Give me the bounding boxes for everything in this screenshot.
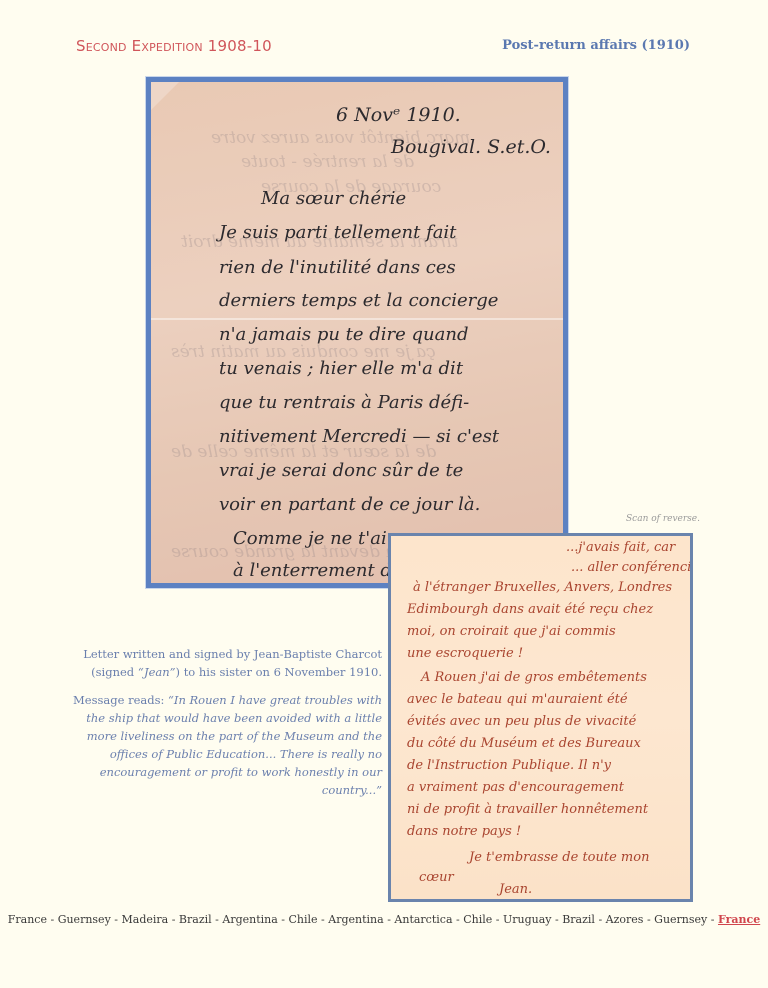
section-title: Second Expedition 1908-10 bbox=[76, 37, 272, 55]
letter-intro: Letter written and signed by Jean-Baptis… bbox=[70, 645, 382, 681]
letter-line: de l'Instruction Publique. Il n'y bbox=[407, 758, 611, 773]
letter-line: moi, on croirait que j'ai commis bbox=[407, 624, 616, 639]
route-stop: Antarctica - bbox=[394, 913, 463, 926]
letter-description: Letter written and signed by Jean-Baptis… bbox=[70, 645, 382, 809]
route-stop: Argentina - bbox=[222, 913, 288, 926]
message-label: Message reads: bbox=[73, 693, 168, 707]
letter-line: ni de profit à travailler honnêtement bbox=[407, 802, 648, 817]
route-stop: Argentina - bbox=[328, 913, 394, 926]
letter-line: à l'étranger Bruxelles, Anvers, Londres bbox=[413, 580, 672, 595]
letter-line: a vraiment pas d'encouragement bbox=[407, 780, 624, 795]
route-stop: Brazil - bbox=[179, 913, 222, 926]
letter-front-scan: marc bientôt vous aurez votre de la rent… bbox=[146, 77, 568, 588]
letter-line: Je suis parti tellement fait bbox=[219, 222, 456, 243]
letter-line: n'a jamais pu te dire quand bbox=[219, 324, 469, 345]
letter-line: Je t'embrasse de toute mon bbox=[469, 850, 649, 865]
letter-line: A Rouen j'ai de gros embêtements bbox=[421, 670, 647, 685]
letter-line: rien de l'inutilité dans ces bbox=[219, 257, 456, 278]
route-stop: Chile - bbox=[289, 913, 329, 926]
letter-line: une escroquerie ! bbox=[407, 646, 523, 661]
bleed-through-text: de la rentrée - toute bbox=[241, 152, 414, 172]
letter-line: cœur bbox=[419, 870, 454, 885]
route-stop: France - bbox=[8, 913, 58, 926]
route-stop: Guernsey - bbox=[58, 913, 122, 926]
letter-line: derniers temps et la concierge bbox=[219, 290, 498, 311]
letter-line: évités avec un peu plus de vivacité bbox=[407, 714, 636, 729]
letter-line: ... aller conférencier bbox=[571, 560, 693, 575]
route-stop: Brazil - bbox=[562, 913, 605, 926]
letter-line: Ma sœur chérie bbox=[261, 188, 406, 209]
letter-back-scan: ...j'avais fait, car ... aller conférenc… bbox=[388, 533, 693, 902]
letter-signature: Jean. bbox=[499, 882, 532, 897]
letter-line: nitivement Mercredi — si c'est bbox=[219, 426, 499, 447]
expedition-route: France - Guernsey - Madeira - Brazil - A… bbox=[0, 913, 768, 926]
letter-line: vrai je serai donc sûr de te bbox=[219, 460, 463, 481]
letter-message: Message reads: “In Rouen I have great tr… bbox=[70, 691, 382, 799]
message-quote: “In Rouen I have great troubles with the… bbox=[86, 693, 382, 797]
signed-name: “Jean” bbox=[138, 665, 176, 679]
route-stop: Uruguay - bbox=[503, 913, 562, 926]
letter-place: Bougival. S.et.O. bbox=[391, 136, 551, 158]
paper-corner bbox=[151, 82, 179, 110]
route-stops: France - Guernsey - Madeira - Brazil - A… bbox=[8, 913, 718, 926]
route-stop: Chile - bbox=[463, 913, 503, 926]
reverse-scan-caption: Scan of reverse. bbox=[626, 514, 700, 524]
route-stop: Azores - bbox=[606, 913, 655, 926]
letter-line: Edimbourgh dans avait été reçu chez bbox=[407, 602, 653, 617]
section-title-text: Second Expedition 1908-10 bbox=[76, 37, 272, 55]
letter-date: 6 Novᵉ 1910. bbox=[336, 104, 461, 126]
letter-line: voir en partant de ce jour là. bbox=[219, 494, 480, 515]
route-stop: Madeira - bbox=[122, 913, 179, 926]
page-title: Post-return affairs (1910) bbox=[502, 38, 690, 53]
paper-fold-line bbox=[151, 318, 563, 320]
route-current-stop[interactable]: France bbox=[718, 913, 760, 926]
letter-line: avec le bateau qui m'auraient été bbox=[407, 692, 628, 707]
letter-line: tu venais ; hier elle m'a dit bbox=[219, 358, 463, 379]
letter-line: dans notre pays ! bbox=[407, 824, 521, 839]
letter-line: ...j'avais fait, car bbox=[566, 540, 675, 555]
letter-line: du côté du Muséum et des Bureaux bbox=[407, 736, 641, 751]
route-stop: Guernsey - bbox=[654, 913, 718, 926]
letter-line: que tu rentrais à Paris défi- bbox=[219, 392, 469, 413]
intro-text-end: ) to his sister on 6 November 1910. bbox=[176, 665, 382, 679]
